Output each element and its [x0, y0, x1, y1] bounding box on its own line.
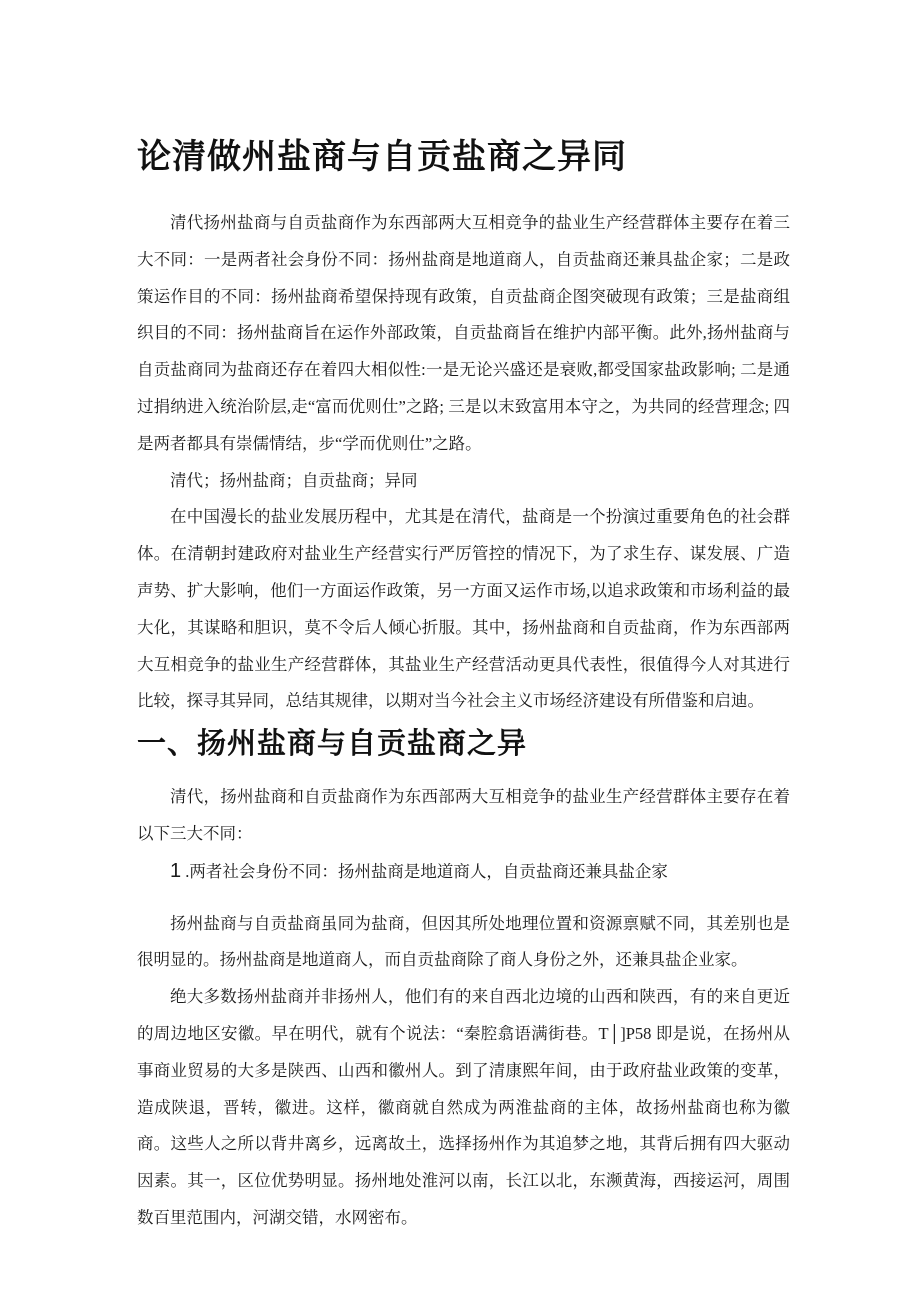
keywords-line: 清代；扬州盐商；自贡盐商；异同 [137, 463, 790, 500]
document-page: 论清做州盐商与自贡盐商之异同 清代扬州盐商与自贡盐商作为东西部两大互相竞争的盐业… [0, 0, 920, 1301]
document-title: 论清做州盐商与自贡盐商之异同 [137, 133, 790, 181]
subsection-1-heading: 1 .两者社会身份不同：扬州盐商是地道商人，自贡盐商还兼具盐企家 [137, 853, 790, 891]
section-1-lead-paragraph: 清代，扬州盐商和自贡盐商作为东西部两大互相竞争的盐业生产经营群体主要存在着以下三… [137, 779, 790, 853]
subsection-1-title: .两者社会身份不同：扬州盐商是地道商人，自贡盐商还兼具盐企家 [181, 862, 668, 881]
intro-paragraph: 在中国漫长的盐业发展历程中，尤其是在清代，盐商是一个扮演过重要角色的社会群体。在… [137, 499, 790, 720]
section-1-heading: 一、扬州盐商与自贡盐商之异 [137, 724, 790, 764]
merchant-origin-paragraph: 绝大多数扬州盐商并非扬州人，他们有的来自西北边境的山西和陕西，有的来自更近的周边… [137, 979, 790, 1237]
identity-difference-paragraph: 扬州盐商与自贡盐商虽同为盐商，但因其所处地理位置和资源禀赋不同，其差别也是很明显… [137, 906, 790, 980]
abstract-paragraph: 清代扬州盐商与自贡盐商作为东西部两大互相竞争的盐业生产经营群体主要存在着三大不同… [137, 205, 790, 463]
subsection-1-number: 1 [170, 860, 181, 882]
